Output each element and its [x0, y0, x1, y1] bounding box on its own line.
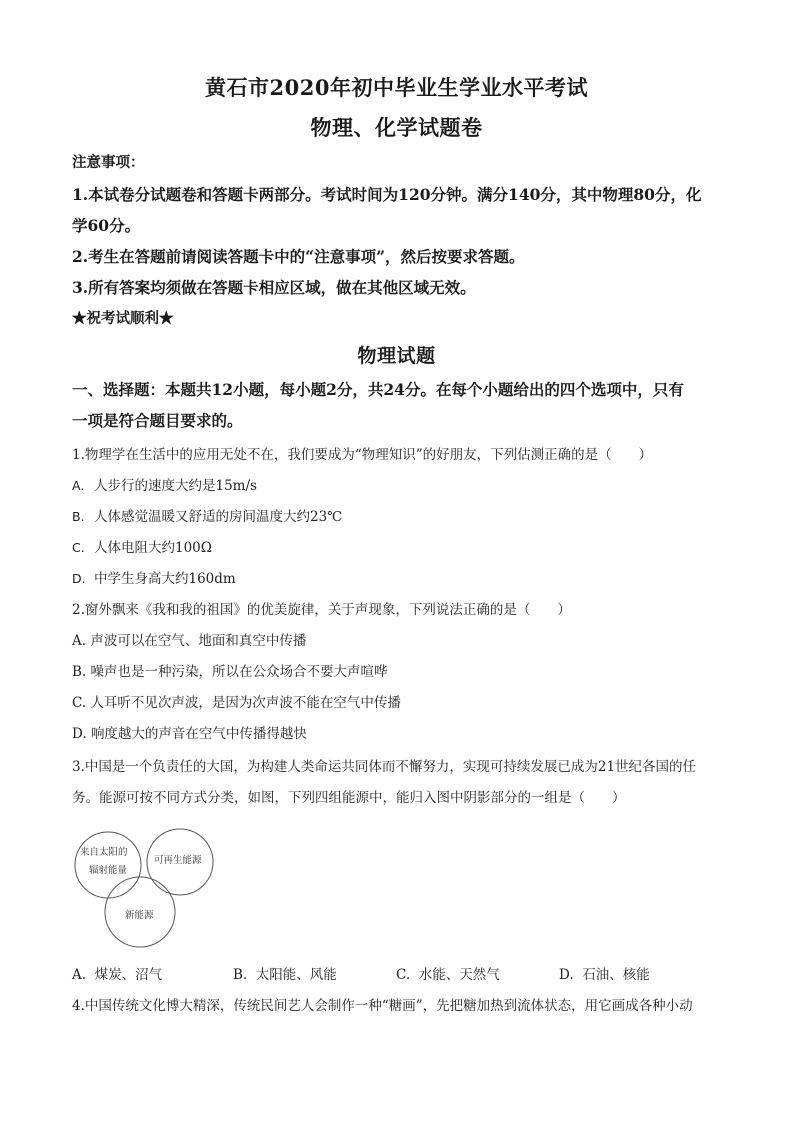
option-label: C. — [396, 967, 410, 983]
venn-label-renewable: 可再生能源 — [154, 854, 202, 866]
option-text: 噪声也是一种污染，所以在公众场合不要大声喧哗 — [91, 664, 388, 680]
venn-label-solar-1: 来自太阳的 — [80, 846, 128, 858]
venn-label-solar-2: 辐射能量 — [89, 864, 128, 876]
option-label: B. — [233, 967, 247, 983]
option-text: 太阳能、风能 — [256, 967, 337, 983]
option-label: B. — [72, 664, 86, 680]
notice-wish: ★祝考试顺利★ — [72, 307, 174, 328]
notice-heading: 注意事项： — [72, 151, 145, 172]
notice-item-1-cont: 学60分。 — [72, 214, 140, 236]
question-1-option-b: B.人体感觉温暖又舒适的房间温度大约23℃ — [72, 505, 342, 525]
section-title: 物理试题 — [0, 341, 793, 368]
option-label: A. — [72, 478, 94, 493]
option-text: 人体感觉温暖又舒适的房间温度大约23℃ — [94, 509, 342, 525]
question-3-option-c: C. 水能、天然气 — [396, 963, 500, 983]
option-label: D. — [72, 571, 94, 586]
option-label: D. — [72, 726, 87, 742]
section-instruction: 一、选择题：本题共12小题，每小题2分，共24分。在每个小题给出的四个选项中，只… — [72, 378, 684, 400]
section-instruction-cont: 一项是符合题目要求的。 — [72, 409, 243, 431]
notice-item-1: 1.本试卷分试题卷和答题卡两部分。考试时间为120分钟。满分140分，其中物理8… — [72, 183, 701, 205]
notice-item-2: 2.考生在答题前请阅读答题卡中的“注意事项”，然后按要求答题。 — [72, 245, 525, 267]
exam-title: 黄石市2020年初中毕业生学业水平考试 — [0, 72, 793, 102]
question-2-option-a: A. 声波可以在空气、地面和真空中传播 — [72, 629, 306, 649]
question-2-option-d: D. 响度越大的声音在空气中传播得越快 — [72, 722, 307, 742]
option-text: 水能、天然气 — [419, 967, 500, 983]
question-2-option-b: B. 噪声也是一种污染，所以在公众场合不要大声喧哗 — [72, 660, 388, 680]
notice-item-3: 3.所有答案均须做在答题卡相应区域，做在其他区域无效。 — [72, 276, 476, 298]
question-1-option-a: A.人步行的速度大约是15m/s — [72, 474, 257, 494]
option-text: 人体电阻大约100Ω — [94, 540, 212, 556]
option-text: 煤炭、沼气 — [95, 967, 163, 983]
venn-label-new-energy: 新能源 — [125, 909, 154, 921]
question-2-option-c: C. 人耳听不见次声波，是因为次声波不能在空气中传播 — [72, 691, 401, 711]
question-1-option-d: D.中学生身高大约160dm — [72, 567, 236, 587]
option-label: A. — [72, 967, 86, 983]
question-1-option-c: C.人体电阻大约100Ω — [72, 536, 212, 556]
question-3-option-a: A. 煤炭、沼气 — [72, 963, 162, 983]
question-3-stem-cont: 务。能源可按不同方式分类，如图，下列四组能源中，能归入图中阴影部分的一组是（ ） — [72, 786, 626, 806]
venn-diagram: 来自太阳的 辐射能量 可再生能源 新能源 — [65, 815, 225, 950]
option-text: 石油、核能 — [582, 967, 650, 983]
option-label: C. — [72, 695, 86, 711]
question-3-option-b: B. 太阳能、风能 — [233, 963, 337, 983]
question-1-stem: 1.物理学在生活中的应用无处不在，我们要成为“物理知识”的好朋友，下列估测正确的… — [72, 443, 652, 463]
option-text: 中学生身高大约160dm — [94, 571, 236, 587]
question-3-option-d: D. 石油、核能 — [559, 963, 650, 983]
option-text: 人耳听不见次声波，是因为次声波不能在空气中传播 — [90, 695, 401, 711]
option-text: 响度越大的声音在空气中传播得越快 — [91, 726, 307, 742]
option-label: A. — [72, 633, 86, 649]
question-2-stem: 2.窗外飘来《我和我的祖国》的优美旋律，关于声现象，下列说法正确的是（ ） — [72, 598, 571, 618]
option-label: D. — [559, 967, 574, 983]
option-text: 人步行的速度大约是15m/s — [94, 478, 257, 494]
question-4-stem: 4.中国传统文化博大精深，传统民间艺人会制作一种“糖画”，先把糖加热到流体状态，… — [72, 994, 693, 1014]
option-text: 声波可以在空气、地面和真空中传播 — [90, 633, 306, 649]
exam-subtitle: 物理、化学试题卷 — [0, 112, 793, 142]
option-label: C. — [72, 540, 94, 555]
option-label: B. — [72, 509, 94, 524]
question-3-stem: 3.中国是一个负责任的大国，为构建人类命运共同体而不懈努力，实现可持续发展已成为… — [72, 755, 696, 775]
